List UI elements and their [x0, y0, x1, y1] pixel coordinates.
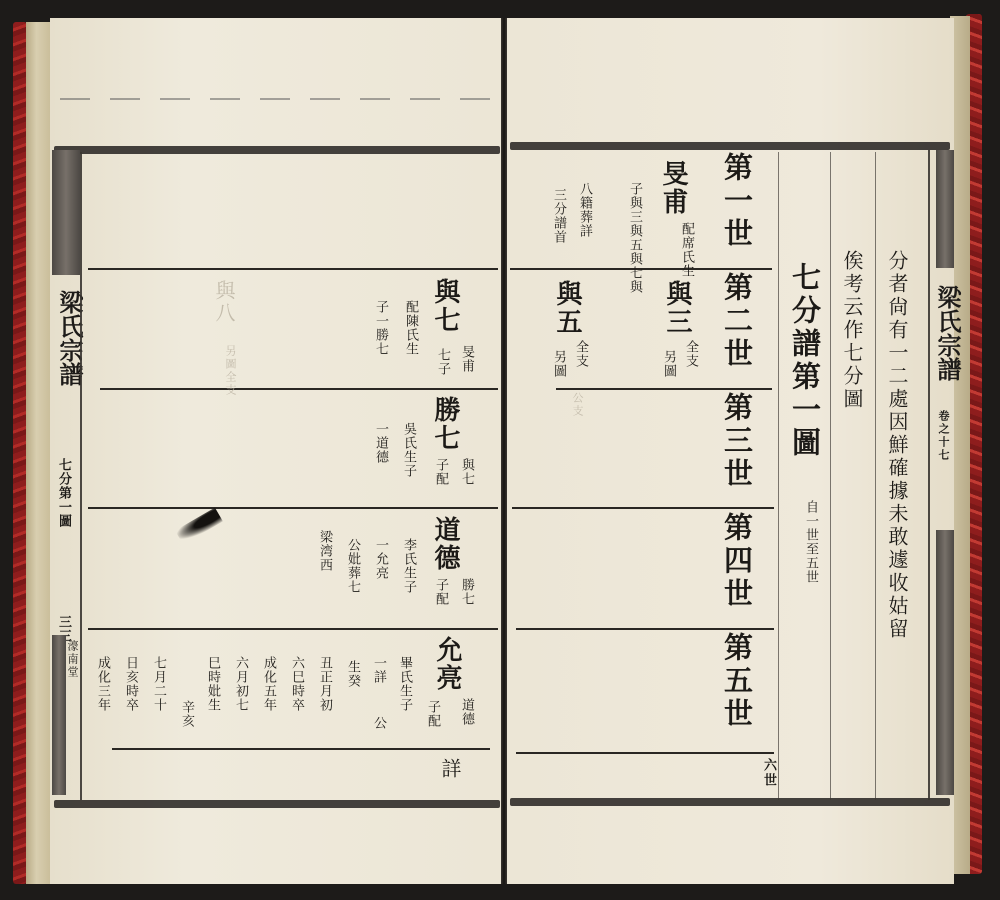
- entry-detail: 公: [372, 716, 385, 730]
- left-faded-rule: [60, 98, 490, 100]
- entry-detail: 六月初七: [234, 656, 247, 712]
- show-through-note: 另圖全支: [206, 345, 236, 397]
- entry-detail: 日亥時卒: [124, 656, 137, 712]
- right-frame-line: [928, 150, 930, 800]
- entry-detail: 丑正月初: [318, 656, 331, 712]
- right-row-line-3: [512, 507, 774, 509]
- entry-spouse: 畢氏生子: [398, 656, 411, 712]
- entry-father: 與七: [460, 458, 473, 486]
- entry-children: 一詳: [372, 656, 385, 684]
- generation-header-2: 第二世: [722, 272, 751, 371]
- entry-burial: 公妣葬七: [346, 538, 359, 594]
- column-line: [830, 152, 831, 800]
- gen2-name-yu-wu: 與五: [554, 280, 580, 336]
- left-row-line-3: [88, 507, 498, 509]
- entry-children: 一道德: [374, 422, 387, 464]
- generation-header-4: 第四世: [722, 512, 751, 611]
- gen2-name-yu-san: 與三: [664, 280, 690, 336]
- entry-spouse: 李氏生子: [402, 538, 415, 594]
- note-line-2: 俟考云作七分圖: [842, 250, 862, 411]
- show-through-name: 與八: [214, 280, 234, 324]
- left-page-stack: [26, 22, 52, 884]
- right-margin-book-title: 梁氏宗譜: [930, 285, 965, 381]
- open-genealogy-book: 梁氏宗譜 七分第一圖 三三 濠南堂 與八 另圖全支 與七 旻甫 七子 配陳氏生 …: [0, 0, 1000, 900]
- right-row-line-4: [516, 628, 774, 630]
- left-edge-block-bottom: [52, 635, 66, 795]
- generation-header-5: 第五世: [722, 632, 751, 731]
- entry-detail: 六巳時卒: [290, 656, 303, 712]
- entry-detail: 巳時妣生: [206, 656, 219, 712]
- generation-header-1: 第一世: [722, 152, 751, 251]
- right-margin-volume: 卷之十七: [938, 410, 949, 462]
- entry-spouse: 配陳氏生: [404, 300, 417, 356]
- left-top-border: [54, 146, 500, 154]
- left-margin-section: 七分第一圖: [57, 458, 70, 528]
- entry-name-yu-qi: 與七: [432, 278, 458, 334]
- show-through-note: 公支: [572, 392, 583, 418]
- entry-name-yun-liang: 允亮: [434, 636, 460, 692]
- gen6-name: 詳: [440, 758, 460, 780]
- left-row-line-5: [112, 748, 490, 750]
- entry-spouse: 吳氏生子: [402, 422, 415, 478]
- gen2-note-a: 全支: [574, 340, 587, 368]
- entry-relation: 子配: [434, 458, 447, 486]
- generation-header-6: 六世: [762, 758, 775, 788]
- entry-relation: 子配: [434, 578, 447, 606]
- book-gutter: [501, 18, 507, 884]
- entry-detail: 生癸: [346, 660, 359, 740]
- entry-father: 旻甫: [460, 345, 473, 373]
- entry-relation: 子配: [426, 700, 439, 728]
- left-row-line-2: [100, 388, 498, 390]
- entry-detail: 成化三年: [96, 656, 109, 712]
- right-bottom-border: [510, 798, 950, 806]
- left-edge-block-top: [52, 150, 80, 275]
- chart-subtitle: 自一世至五世: [804, 500, 817, 584]
- entry-children: 子一勝七: [374, 300, 387, 356]
- left-row-line-1: [88, 268, 498, 270]
- entry-father: 道德: [460, 698, 473, 726]
- left-frame-line: [80, 152, 82, 800]
- gen1-reference: 三分譜首: [552, 188, 565, 244]
- right-edge-block-bottom: [936, 530, 954, 795]
- gen2-note-b: 另圖: [552, 350, 565, 378]
- gen2-note-b: 另圖: [662, 350, 675, 378]
- right-row-line-5: [516, 752, 774, 754]
- column-line: [778, 152, 779, 800]
- gen1-burial: 八籍葬詳: [578, 182, 591, 238]
- entry-burial-place: 梁湾西: [318, 530, 331, 572]
- entry-children: 一允亮: [374, 538, 387, 580]
- note-line-1: 分者尙有一二處因鮮確據未敢遽收姑留: [887, 250, 907, 641]
- right-row-line-2: [556, 388, 772, 390]
- gen2-note-a: 全支: [684, 340, 697, 368]
- gen1-name: 旻甫: [660, 160, 686, 216]
- right-top-border: [510, 142, 950, 150]
- left-bottom-border: [54, 800, 500, 808]
- entry-detail: 成化五年: [262, 656, 275, 712]
- entry-name-sheng-qi: 勝七: [432, 396, 458, 452]
- left-margin-hall: 濠南堂: [67, 640, 78, 679]
- chart-title: 七分譜第一圖: [790, 262, 819, 460]
- entry-name-dao-de: 道德: [432, 516, 458, 572]
- gen1-sons: 子與三與五與七與: [628, 182, 641, 294]
- gen1-spouse: 配席氏生: [680, 222, 693, 262]
- generation-header-3: 第三世: [722, 392, 751, 491]
- entry-detail: 辛亥: [180, 700, 193, 728]
- column-line: [875, 152, 876, 800]
- entry-father: 勝七: [460, 578, 473, 606]
- entry-detail: 七月二十: [152, 656, 165, 712]
- left-cover-edge: [13, 22, 27, 884]
- entry-relation: 七子: [436, 348, 449, 376]
- right-edge-block-top: [936, 150, 954, 268]
- left-row-line-4: [88, 628, 498, 630]
